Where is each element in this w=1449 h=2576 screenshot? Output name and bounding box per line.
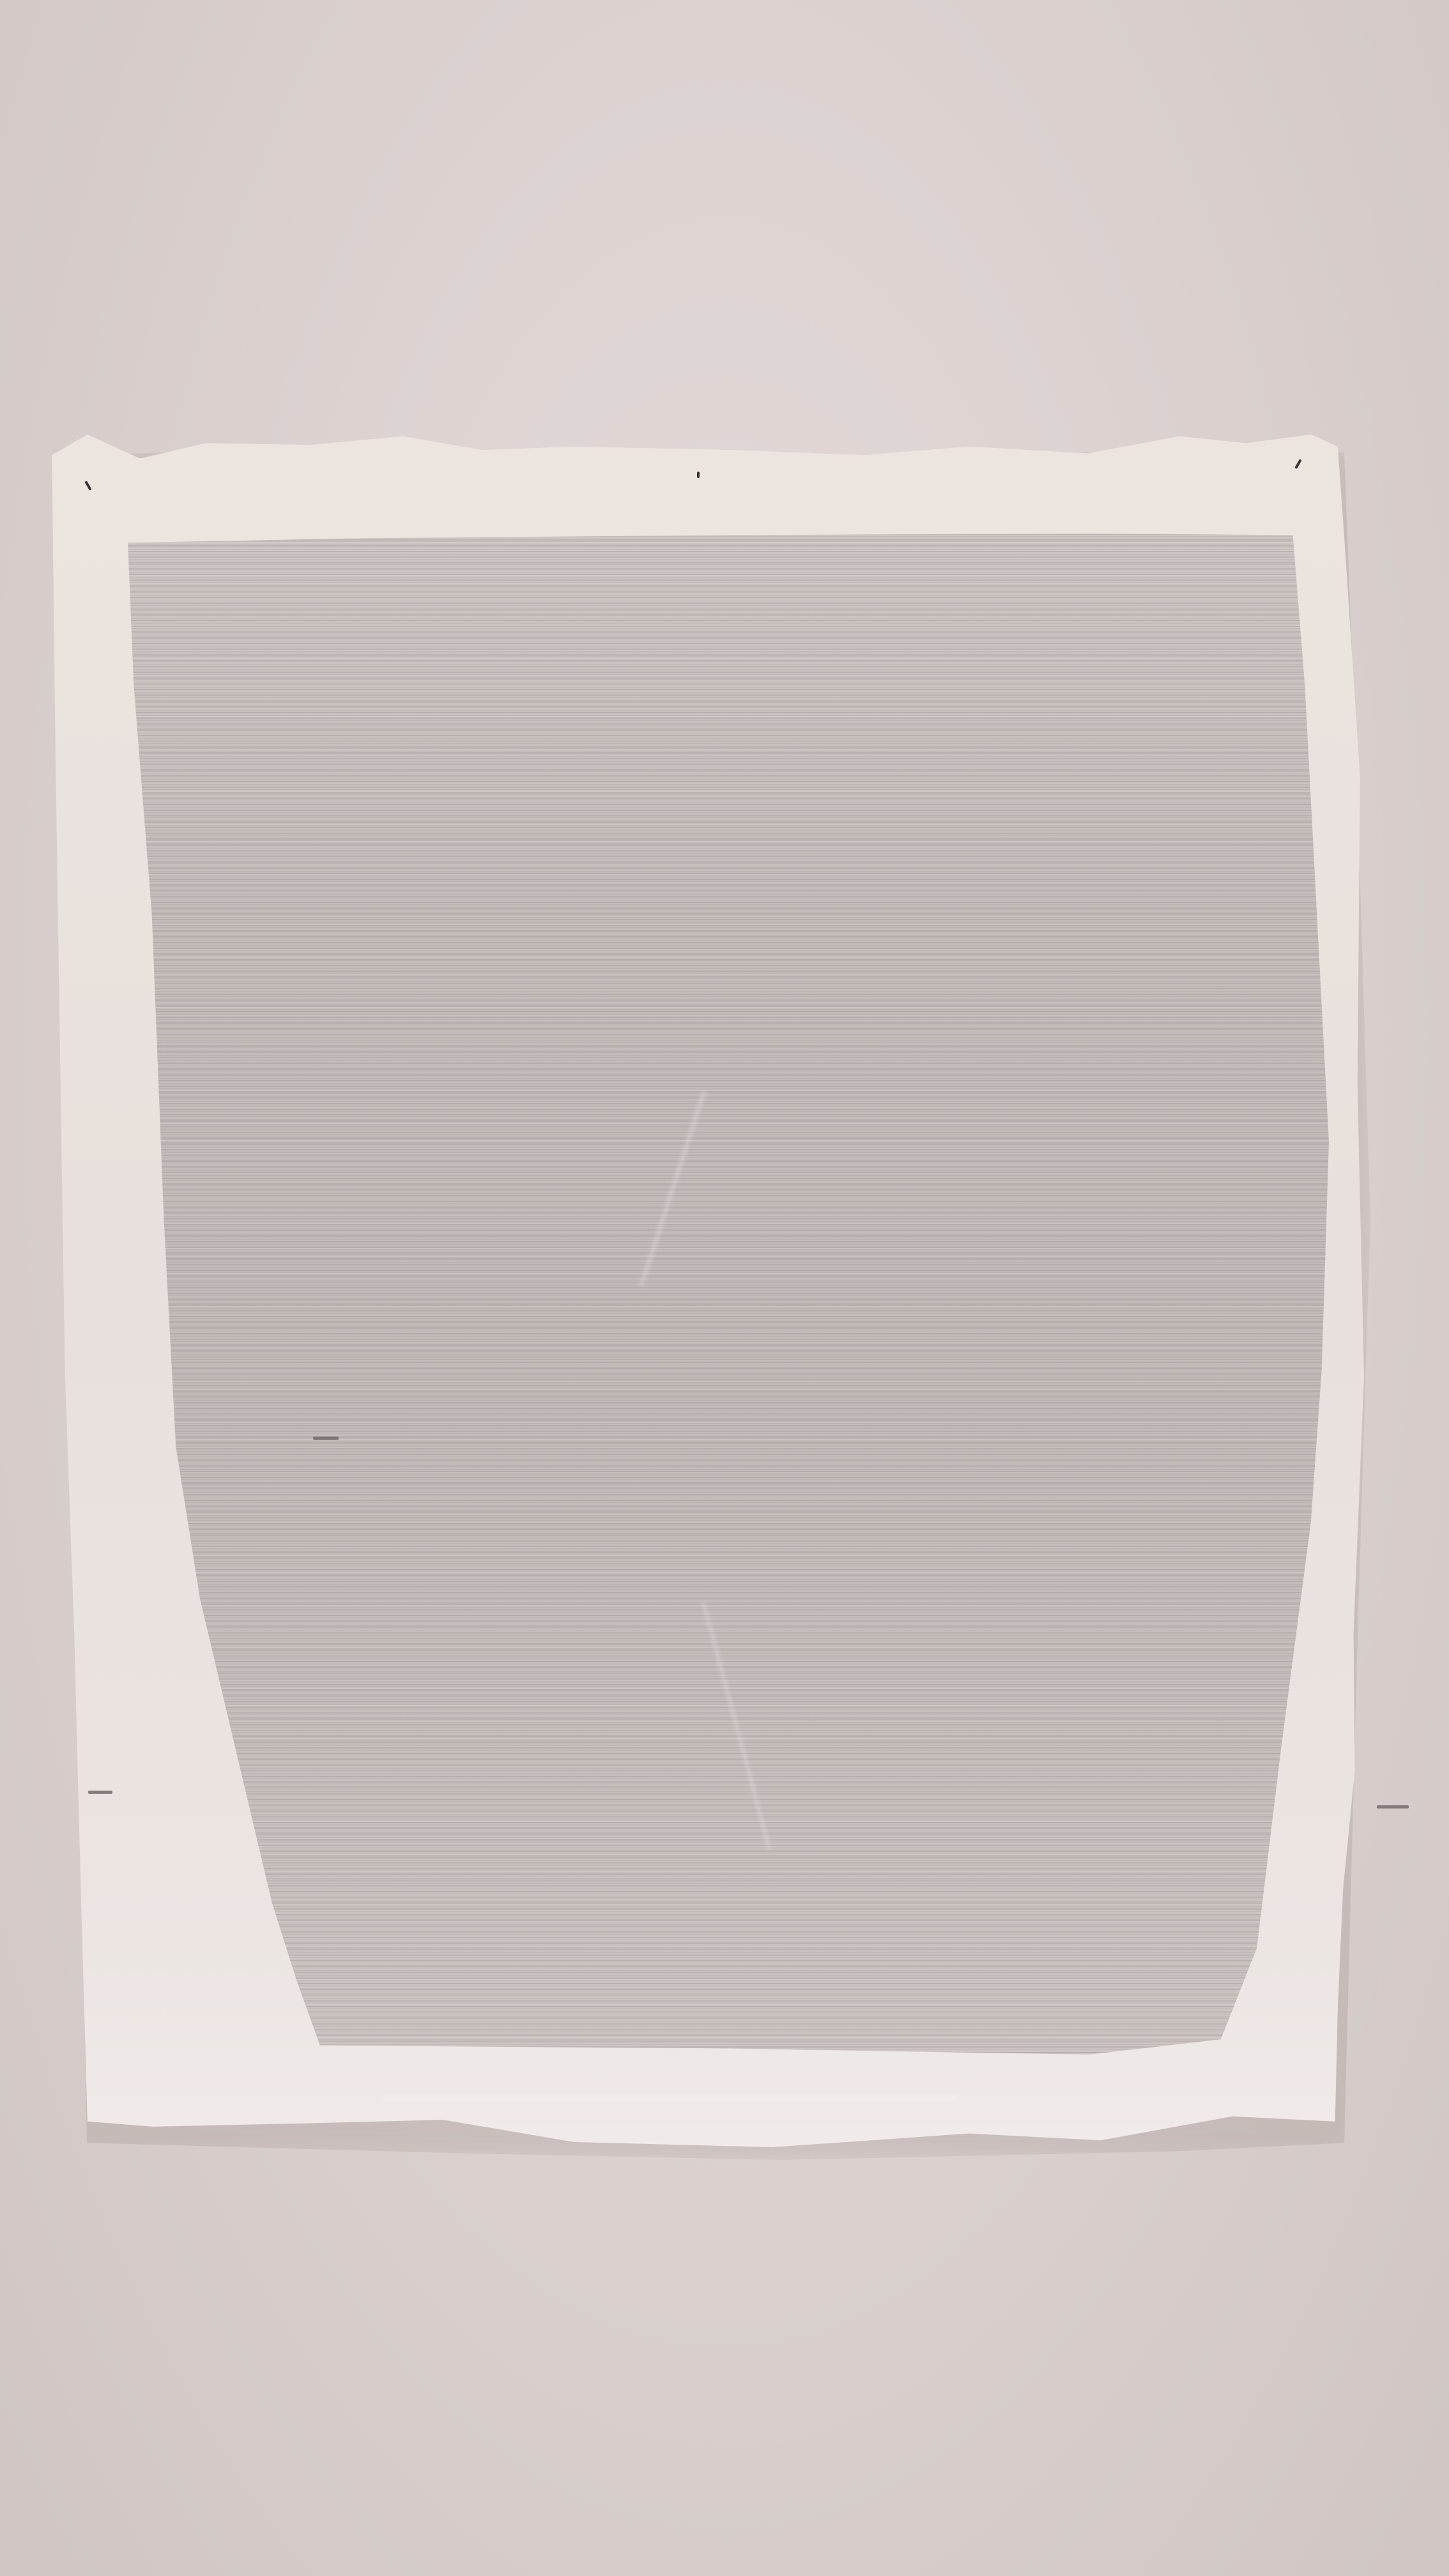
graphite-line-drawing <box>128 534 1329 2055</box>
paper-crease <box>383 2096 958 2101</box>
wall-mark-right <box>1377 1805 1409 1809</box>
wall-mark-left <box>88 1791 112 1794</box>
pin-top-center-icon <box>697 472 700 478</box>
graphite-smudge <box>313 1437 339 1440</box>
